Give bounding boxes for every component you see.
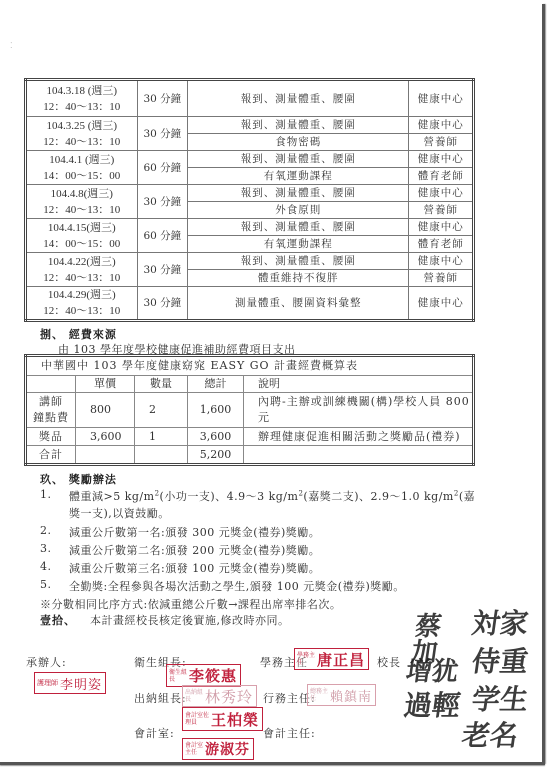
- duration-cell: 60 分鐘: [137, 151, 188, 185]
- activity-cell: 有氧運動課程: [188, 236, 409, 253]
- description-cell: 內聘-主辦或訓練機關(構)學校人員 800元: [244, 393, 474, 428]
- budget-title-row: 中華國中 103 學年度健康窈窕 EASY GO 計畫經費概算表: [26, 356, 474, 376]
- person-cell: 健康中心: [409, 151, 474, 168]
- reward-item-2: 2. 減重公斤數第一名:頒發 300 元獎金(禮券)獎勵。: [40, 524, 480, 540]
- sum-total-cell: 5,200: [188, 446, 244, 465]
- person-cell: 體育老師: [409, 236, 474, 253]
- section-heading-rewards: 玖、 獎勵辦法: [40, 471, 117, 487]
- label-accounting-office: 會計室:: [134, 725, 175, 741]
- header-cell: [26, 376, 76, 393]
- activity-cell: 報到、測量體重、腰圍: [188, 80, 409, 117]
- table-row: 104.3.25 (週三)12：40～13：10 30 分鐘 報到、測量體重、腰…: [26, 117, 474, 134]
- principal-handwritten-note: 蔡加 增犹 過輕 対家 侍重 学生 老名: [400, 604, 540, 759]
- table-row: 104.4.15(週三)14：00～15：00 60 分鐘 報到、測量體重、腰圍…: [26, 219, 474, 236]
- stamp-cashier-leader: 出納組長 林秀玲: [182, 685, 257, 707]
- budget-header-row: 單價 數量 總計 說明: [26, 376, 474, 393]
- tie-break-note: ※分數相同比序方式:依減重總公斤數→課程出席率排名次。: [40, 596, 341, 612]
- total-cell: 1,600: [188, 393, 244, 428]
- person-cell: 營養師: [409, 134, 474, 151]
- date-cell: 104.4.8(週三)12：40～13：10: [26, 185, 138, 219]
- approval-text: 本計畫經校長核定後實施,修改時亦同。: [90, 612, 290, 628]
- duration-cell: 30 分鐘: [137, 117, 188, 151]
- person-cell: 健康中心: [409, 219, 474, 236]
- person-cell: 健康中心: [409, 117, 474, 134]
- reward-item-1: 1. 體重減>5 kg/m2(小功一支)、4.9～3 kg/m2(嘉獎二支)、2…: [40, 488, 480, 522]
- duration-cell: 30 分鐘: [137, 287, 188, 321]
- date-cell: 104.3.25 (週三)12：40～13：10: [26, 117, 138, 151]
- table-row: 104.4.22(週三)12：40～13：10 30 分鐘 報到、測量體重、腰圍…: [26, 253, 474, 270]
- activity-cell: 體重維持不復胖: [188, 270, 409, 287]
- item-cell: 講師鐘點費: [26, 393, 76, 428]
- duration-cell: 30 分鐘: [137, 80, 188, 117]
- stamp-accounting-director: 會計室主任 游淑芬: [182, 738, 254, 760]
- activity-cell: 報到、測量體重、腰圍: [188, 117, 409, 134]
- table-row: 104.4.8(週三)12：40～13：10 30 分鐘 報到、測量體重、腰圍 …: [26, 185, 474, 202]
- person-cell: 健康中心: [409, 80, 474, 117]
- activity-cell: 測量體重、腰圍資料彙整: [188, 287, 409, 321]
- stamp-general-affairs: 總務主任 賴鎮南: [307, 684, 376, 706]
- person-cell: 健康中心: [409, 185, 474, 202]
- header-total: 總計: [188, 376, 244, 393]
- person-cell: 營養師: [409, 270, 474, 287]
- reward-item-4: 4. 減重公斤數第三名:頒發 100 元獎金(禮券)獎勵。: [40, 560, 480, 576]
- person-cell: 健康中心: [409, 253, 474, 270]
- label-principal: 校長: [377, 654, 401, 670]
- sum-label-cell: 合計: [26, 446, 76, 465]
- stamp-organizer: 護理師 李明姿: [34, 672, 106, 694]
- section-heading-approval: 壹拾、: [40, 612, 76, 628]
- schedule-table: 104.3.18 (週三)12：40～13：10 30 分鐘 報到、測量體重、腰…: [24, 78, 475, 322]
- empty-cell: [135, 446, 188, 465]
- stamp-student-affairs: 學務主任 唐正昌: [294, 648, 369, 670]
- header-description: 說明: [244, 376, 474, 393]
- unit-price-cell: 3,600: [76, 428, 135, 446]
- duration-cell: 60 分鐘: [137, 219, 188, 253]
- stamp-accounting-office: 會計室佐理員 王柏榮: [182, 707, 263, 731]
- table-row-sum: 合計 5,200: [26, 446, 474, 465]
- date-cell: 104.4.22(週三)12：40～13：10: [26, 253, 138, 287]
- budget-table-title: 中華國中 103 學年度健康窈窕 EASY GO 計畫經費概算表: [26, 356, 474, 376]
- date-cell: 104.3.18 (週三)12：40～13：10: [26, 80, 138, 117]
- duration-cell: 30 分鐘: [137, 185, 188, 219]
- label-organizer: 承辦人:: [26, 654, 67, 670]
- description-cell: 辦理健康促進相關活動之獎勵品(禮券): [244, 428, 474, 446]
- stamp-health-leader: 衛生組長 李筱惠: [166, 664, 241, 687]
- unit-price-cell: 800: [76, 393, 135, 428]
- page-edge-right: [542, 4, 545, 764]
- activity-cell: 有氧運動課程: [188, 168, 409, 185]
- duration-cell: 30 分鐘: [137, 253, 188, 287]
- activity-cell: 報到、測量體重、腰圍: [188, 185, 409, 202]
- activity-cell: 食物密碼: [188, 134, 409, 151]
- table-row: 104.4.1 (週三)14：00～15：00 60 分鐘 報到、測量體重、腰圍…: [26, 151, 474, 168]
- budget-table: 中華國中 103 學年度健康窈窕 EASY GO 計畫經費概算表 單價 數量 總…: [24, 354, 475, 466]
- label-cashier-leader: 出納組長:: [134, 690, 187, 706]
- person-cell: 體育老師: [409, 168, 474, 185]
- reward-item-3: 3. 減重公斤數第二名:頒發 200 元獎金(禮券)獎勵。: [40, 542, 480, 558]
- activity-cell: 報到、測量體重、腰圍: [188, 219, 409, 236]
- date-cell: 104.4.29(週三)12：40～13：10: [26, 287, 138, 321]
- quantity-cell: 2: [135, 393, 188, 428]
- header-unit-price: 單價: [76, 376, 135, 393]
- person-cell: 健康中心: [409, 287, 474, 321]
- date-cell: 104.4.1 (週三)14：00～15：00: [26, 151, 138, 185]
- empty-cell: [76, 446, 135, 465]
- label-accounting-director: 會計主任:: [263, 725, 316, 741]
- table-row: 講師鐘點費 800 2 1,600 內聘-主辦或訓練機關(構)學校人員 800元: [26, 393, 474, 428]
- activity-cell: 外食原則: [188, 202, 409, 219]
- table-row: 獎品 3,600 1 3,600 辦理健康促進相關活動之獎勵品(禮券): [26, 428, 474, 446]
- scan-speck: ⁚: [10, 42, 14, 62]
- quantity-cell: 1: [135, 428, 188, 446]
- total-cell: 3,600: [188, 428, 244, 446]
- date-cell: 104.4.15(週三)14：00～15：00: [26, 219, 138, 253]
- empty-cell: [244, 446, 474, 465]
- reward-item-5: 5. 全勤獎:全程參與各場次活動之學生,頒發 100 元獎金(禮券)獎勵。: [40, 578, 480, 594]
- table-row: 104.4.29(週三)12：40～13：10 30 分鐘 測量體重、腰圍資料彙…: [26, 287, 474, 321]
- section-heading-funding: 捌、 經費來源: [40, 326, 117, 342]
- table-row: 104.3.18 (週三)12：40～13：10 30 分鐘 報到、測量體重、腰…: [26, 80, 474, 117]
- item-cell: 獎品: [26, 428, 76, 446]
- activity-cell: 報到、測量體重、腰圍: [188, 253, 409, 270]
- person-cell: 營養師: [409, 202, 474, 219]
- page-edge-bottom: [0, 762, 545, 765]
- header-quantity: 數量: [135, 376, 188, 393]
- activity-cell: 報到、測量體重、腰圍: [188, 151, 409, 168]
